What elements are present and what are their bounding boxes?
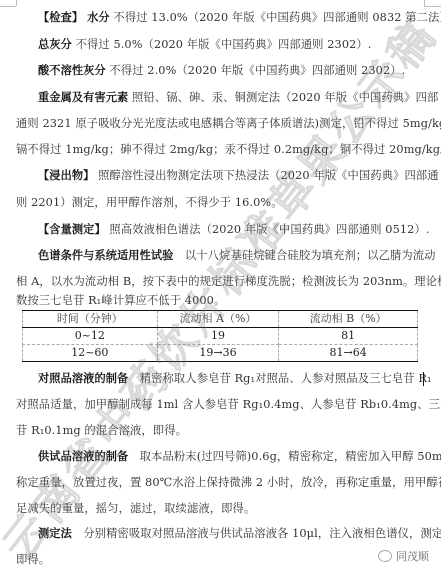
line-extract-2: 则 2201）测定，用甲醇作溶剂，不得少于 16.0%。 — [0, 193, 441, 213]
brand-name: 同茂顺 — [396, 548, 429, 564]
crop-mark-top-right — [424, 6, 441, 7]
line-determination: 测定法 分别精密吸取对照品溶液与供试品溶液各 10μl，注入液相色谱仪，测定， — [0, 524, 441, 544]
line-total-ash: 总灰分 不得过 5.0%（2020 年版《中国药典》四部通则 2302）. — [0, 35, 441, 55]
line-acid-insoluble-ash: 酸不溶性灰分 不得过 2.0%（2020 年版《中国药典》四部通则 2302）. — [0, 61, 441, 81]
table-cell: 19 — [157, 328, 279, 345]
line-determination-2: 即得。 — [0, 550, 441, 570]
table-row: 0~12 19 81 — [23, 328, 418, 345]
text-cursor — [423, 372, 424, 386]
table-cell: 12~60 — [23, 345, 158, 362]
table-header-cell: 流动相 B（%） — [279, 311, 418, 328]
table-row: 12~60 19→36 81→64 — [23, 345, 418, 362]
table-cell: 19→36 — [157, 345, 279, 362]
line-reference-solution: 对照品溶液的制备 精密称取人参皂苷 Rg₁对照品、人参对照品及三七皂苷 R₁ — [0, 369, 441, 389]
line-test-solution-3: 足减失的重量，摇匀，滤过，取续滤液，即得。 — [0, 499, 441, 519]
line-extract: 【浸出物】 照醇溶性浸出物测定法项下热浸法（2020 年版《中国药典》四部通 — [0, 166, 441, 186]
table-header-cell: 流动相 A（%） — [157, 311, 279, 328]
gradient-table: 时间（分钟） 流动相 A（%） 流动相 B（%） 0~12 19 81 12~6… — [22, 310, 418, 362]
crop-mark-top-right-v — [424, 0, 425, 6]
table-header-row: 时间（分钟） 流动相 A（%） 流动相 B（%） — [23, 311, 418, 328]
crop-mark-top-left — [0, 6, 16, 7]
wechat-icon — [378, 550, 392, 562]
line-moisture: 【检查】 水分 不得过 13.0%（2020 年版《中国药典》四部通则 0832… — [0, 8, 441, 28]
table-cell: 81 — [279, 328, 418, 345]
line-heavy-metals-2: 通则 2321 原子吸收分光光度法或电感耦合等离子体质谱法)测定，铅不得过 5m… — [0, 114, 441, 134]
line-reference-solution-2: 对照品适量，加甲醇制成每 1ml 含人参皂苷 Rg₁0.4mg、人参皂苷 Rb₁… — [0, 395, 441, 415]
line-chromatography-2: 相 A，以水为流动相 B，按下表中的规定进行梯度洗脱；检测波长为 203nm。理… — [0, 272, 441, 292]
line-reference-solution-3: 苷 R₁0.1mg 的混合溶液，即得。 — [0, 421, 441, 441]
line-heavy-metals-3: 镉不得过 1mg/kg；砷不得过 2mg/kg；汞不得过 0.2mg/kg；铜不… — [0, 140, 441, 160]
line-assay: 【含量测定】 照高效液相色谱法（2020 年版《中国药典》四部通则 0512）. — [0, 220, 441, 240]
brand-watermark: 同茂顺 — [378, 548, 429, 564]
line-test-solution: 供试品溶液的制备 取本品粉末(过四号筛)0.6g，精密称定，精密加入甲醇 50m… — [0, 447, 441, 467]
line-test-solution-2: 称定重量，放置过夜，置 80℃水浴上保持微沸 2 小时，放冷，再称定重量，用甲醇… — [0, 473, 441, 493]
table-cell: 0~12 — [23, 328, 158, 345]
table-cell: 81→64 — [279, 345, 418, 362]
crop-mark-top-left-v — [16, 0, 17, 6]
line-chromatography-3: 数按三七皂苷 R₁峰计算应不低于 4000。 — [0, 291, 441, 311]
line-chromatography: 色谱条件与系统适用性试验 以十八烷基硅烷键合硅胶为填充剂；以乙腈为流动 — [0, 246, 441, 266]
line-heavy-metals: 重金属及有害元素 照铅、镉、砷、汞、铜测定法（2020 年版《中国药典》四部 — [0, 88, 441, 108]
table-header-cell: 时间（分钟） — [23, 311, 158, 328]
